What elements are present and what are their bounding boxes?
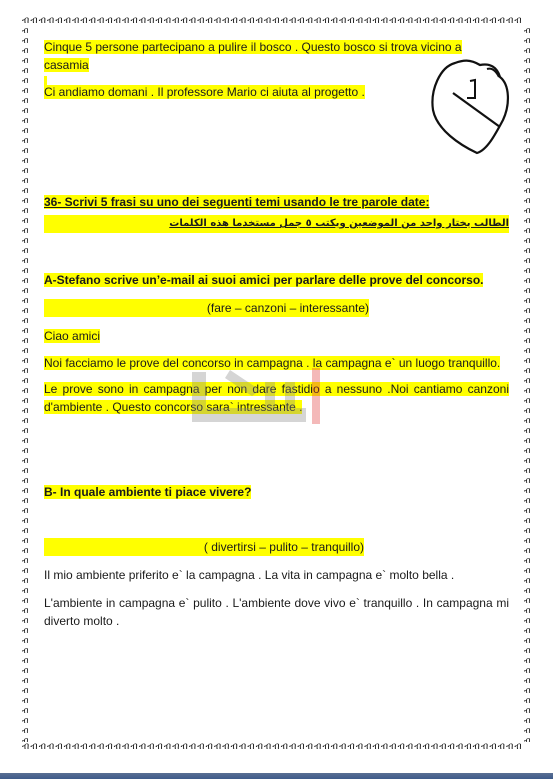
- window-taskbar: [0, 773, 553, 779]
- page-border-left: ብብብብብብብብብብብብብብብብብብብብብብብብብብብብብብብብብብብብብብብብ…: [22, 26, 30, 742]
- section-a-line-1[interactable]: Noi facciamo le prove del concorso in ca…: [44, 354, 509, 372]
- page-border-top: ብብብብብብብብብብብብብብብብብብብብብብብብብብብብብብብብብብብብብብብብ…: [22, 16, 533, 26]
- document-page: ብብብብብብብብብብብብብብብብብብብብብብብብብብብብብብብብብብብብብብብብ…: [0, 0, 553, 772]
- section-a-greeting[interactable]: Ciao amici: [44, 327, 509, 345]
- section-a-words[interactable]: (fare – canzoni – interessante): [44, 299, 369, 317]
- section-b-words[interactable]: ( divertirsi – pulito – tranquillo): [44, 538, 364, 556]
- section-b-line-2[interactable]: L'ambiente in campagna e` pulito . L'amb…: [44, 594, 509, 630]
- arabic-instruction[interactable]: الطالب يختار واحد من الموضعين ويكتب ٥ جم…: [44, 215, 509, 233]
- section-a-line-2[interactable]: Le prove sono in campagna per non dare f…: [44, 380, 509, 416]
- question-heading[interactable]: 36- Scrivi 5 frasi su uno dei seguenti t…: [44, 193, 509, 211]
- page-border-bottom: ብብብብብብብብብብብብብብብብብብብብብብብብብብብብብብብብብብብብብብብብ…: [22, 742, 533, 752]
- handwritten-grade-mark: [425, 55, 530, 160]
- section-b-line-1[interactable]: Il mio ambiente priferito e` la campagna…: [44, 566, 509, 584]
- section-b-title[interactable]: B- In quale ambiente ti piace vivere?: [44, 483, 509, 501]
- section-a-title[interactable]: A-Stefano scrive un’e-mail ai suoi amici…: [44, 271, 509, 289]
